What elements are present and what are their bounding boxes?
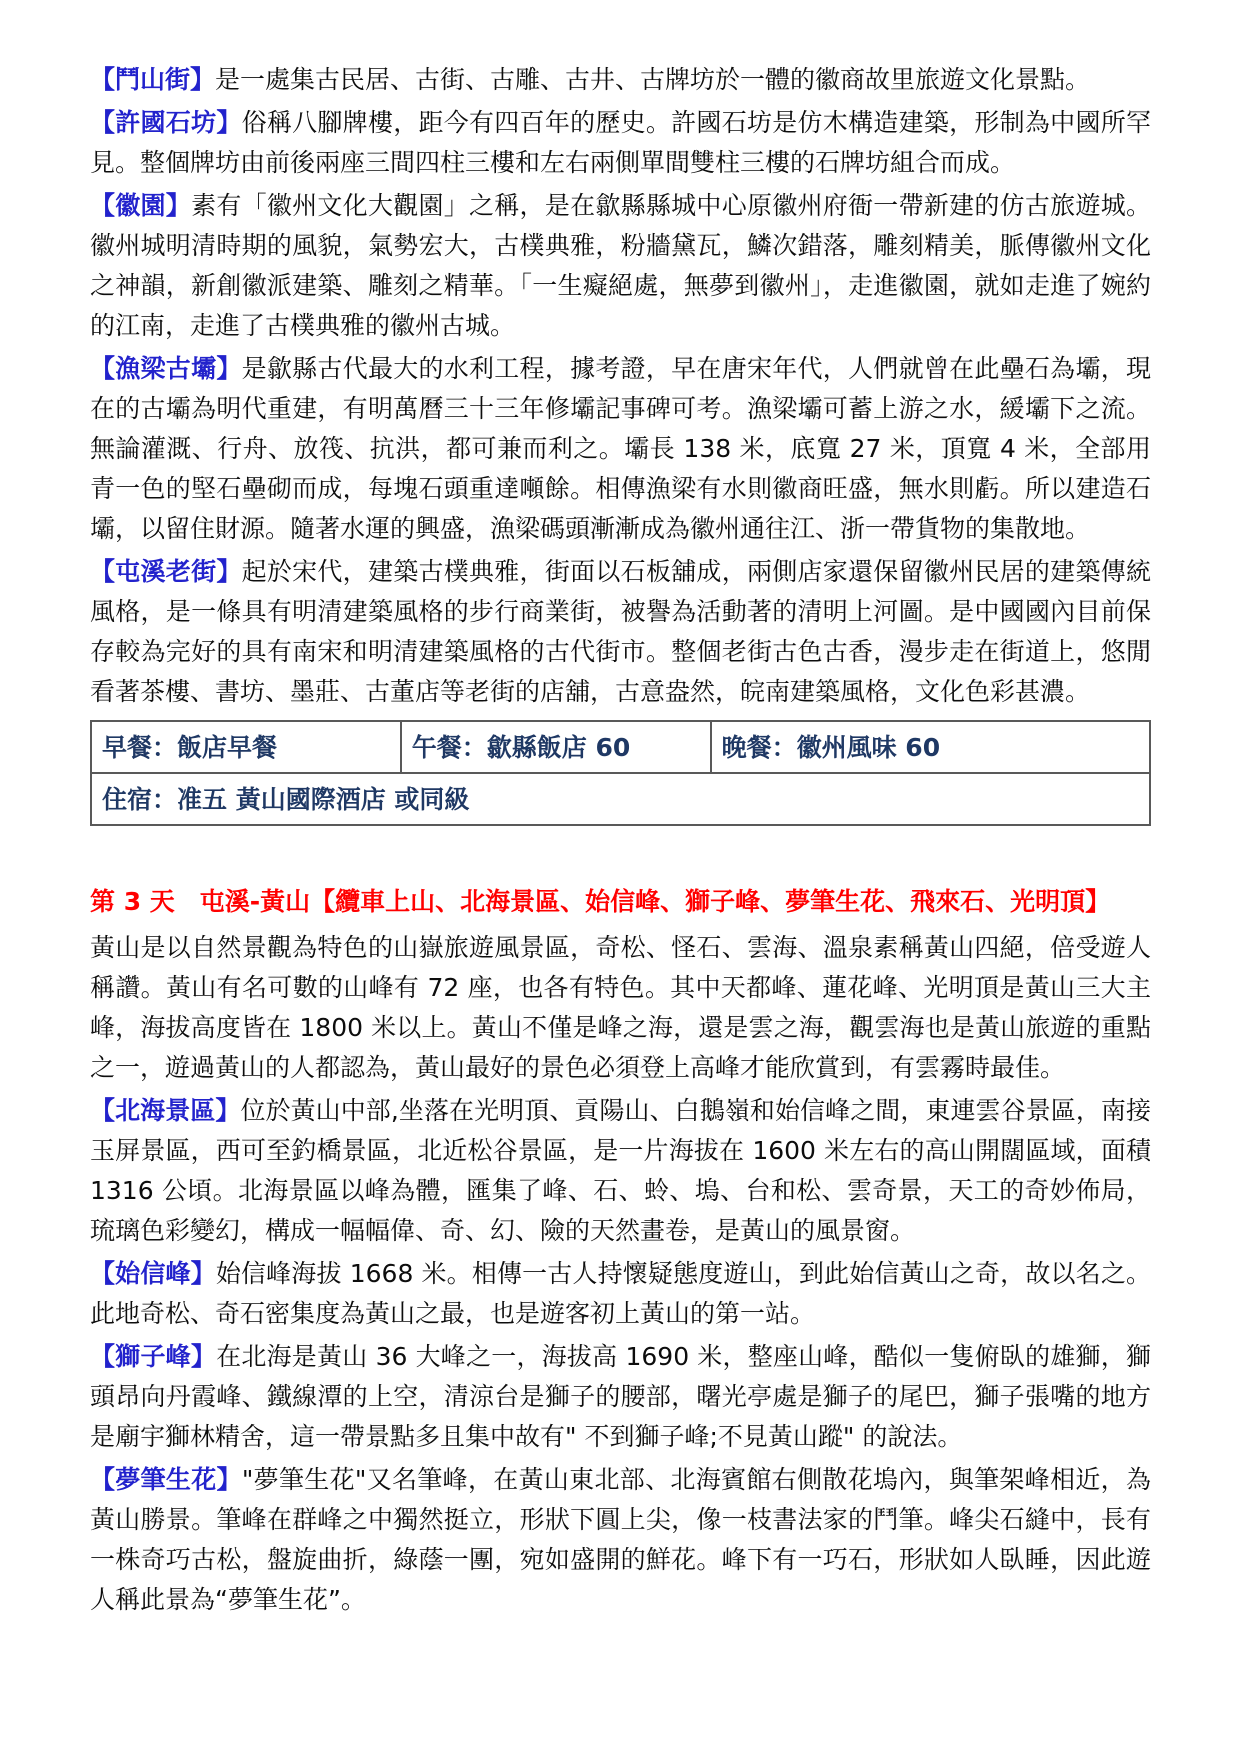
poi-text: 位於黃山中部,坐落在光明頂、貢陽山、白鵝嶺和始信峰之間，東連雲谷景區，南接玉屏景… (90, 1096, 1151, 1245)
poi-text: 是一處集古民居、古街、古雕、古井、古牌坊於一體的徽商故里旅遊文化景點。 (215, 65, 1090, 94)
poi-paragraph-tunxilaojie: 【屯溪老街】起於宋代，建築古樸典雅，街面以石板舖成，兩側店家還保留徽州民居的建築… (90, 552, 1151, 712)
poi-header: 【北海景區】 (90, 1096, 240, 1125)
day3-heading: 第 3 天 屯溪-黃山【纜車上山、北海景區、始信峰、獅子峰、夢筆生花、飛來石、光… (90, 882, 1151, 922)
poi-paragraph-beihaijingqu: 【北海景區】位於黃山中部,坐落在光明頂、貢陽山、白鵝嶺和始信峰之間，東連雲谷景區… (90, 1091, 1151, 1251)
poi-text: 始信峰海拔 1668 米。相傳一古人持懷疑態度遊山，到此始信黃山之奇，故以名之。… (90, 1259, 1151, 1328)
day3-intro-paragraph: 黃山是以自然景觀為特色的山嶽旅遊風景區，奇松、怪石、雲海、溫泉素稱黃山四絕，倍受… (90, 928, 1151, 1088)
poi-text: "夢筆生花"又名筆峰，在黃山東北部、北海賓館右側散花塢內，與筆架峰相近，為黃山勝… (90, 1465, 1151, 1614)
poi-paragraph-shizifeng: 【獅子峰】在北海是黃山 36 大峰之一，海拔高 1690 米，整座山峰，酷似一隻… (90, 1337, 1151, 1457)
poi-header: 【獅子峰】 (90, 1342, 216, 1371)
poi-header: 【徽園】 (90, 191, 191, 220)
meal-lodging-table: 早餐：飯店早餐 午餐：歙縣飯店 60 晚餐：徽州風味 60 住宿：准五 黃山國際… (90, 720, 1151, 826)
poi-header: 【漁梁古壩】 (90, 354, 242, 383)
poi-header: 【屯溪老街】 (90, 557, 242, 586)
poi-paragraph-shixinfeng: 【始信峰】始信峰海拔 1668 米。相傳一古人持懷疑態度遊山，到此始信黃山之奇，… (90, 1254, 1151, 1334)
dinner-cell: 晚餐：徽州風味 60 (711, 721, 1150, 773)
poi-text: 素有「徽州文化大觀園」之稱，是在歙縣縣城中心原徽州府衙一帶新建的仿古旅遊城。徽州… (90, 191, 1151, 340)
lunch-cell: 午餐：歙縣飯店 60 (401, 721, 711, 773)
poi-paragraph-mengbishenghua: 【夢筆生花】"夢筆生花"又名筆峰，在黃山東北部、北海賓館右側散花塢內，與筆架峰相… (90, 1460, 1151, 1620)
poi-paragraph-huiyuan: 【徽園】素有「徽州文化大觀園」之稱，是在歙縣縣城中心原徽州府衙一帶新建的仿古旅遊… (90, 186, 1151, 346)
poi-header: 【鬥山街】 (90, 65, 215, 94)
poi-text: 起於宋代，建築古樸典雅，街面以石板舖成，兩側店家還保留徽州民居的建築傳統風格，是… (90, 557, 1151, 706)
lodging-cell: 住宿：准五 黃山國際酒店 或同級 (91, 773, 1150, 825)
lodging-row: 住宿：准五 黃山國際酒店 或同級 (91, 773, 1150, 825)
document-page: 【鬥山街】是一處集古民居、古街、古雕、古井、古牌坊於一體的徽商故里旅遊文化景點。… (0, 0, 1241, 1755)
poi-header: 【夢筆生花】 (90, 1465, 242, 1494)
poi-text: 俗稱八腳牌樓，距今有四百年的歷史。許國石坊是仿木構造建築，形制為中國所罕見。整個… (90, 108, 1151, 177)
poi-paragraph-xuguoshifang: 【許國石坊】俗稱八腳牌樓，距今有四百年的歷史。許國石坊是仿木構造建築，形制為中國… (90, 103, 1151, 183)
poi-text: 是歙縣古代最大的水利工程，據考證，早在唐宋年代，人們就曾在此壘石為壩，現在的古壩… (90, 354, 1151, 543)
poi-paragraph-doushanjie: 【鬥山街】是一處集古民居、古街、古雕、古井、古牌坊於一體的徽商故里旅遊文化景點。 (90, 60, 1151, 100)
poi-paragraph-yuliangguba: 【漁梁古壩】是歙縣古代最大的水利工程，據考證，早在唐宋年代，人們就曾在此壘石為壩… (90, 349, 1151, 549)
breakfast-cell: 早餐：飯店早餐 (91, 721, 401, 773)
poi-text: 在北海是黃山 36 大峰之一，海拔高 1690 米，整座山峰，酷似一隻俯臥的雄獅… (90, 1342, 1151, 1451)
meals-row: 早餐：飯店早餐 午餐：歙縣飯店 60 晚餐：徽州風味 60 (91, 721, 1150, 773)
poi-header: 【始信峰】 (90, 1259, 216, 1288)
poi-header: 【許國石坊】 (90, 108, 242, 137)
